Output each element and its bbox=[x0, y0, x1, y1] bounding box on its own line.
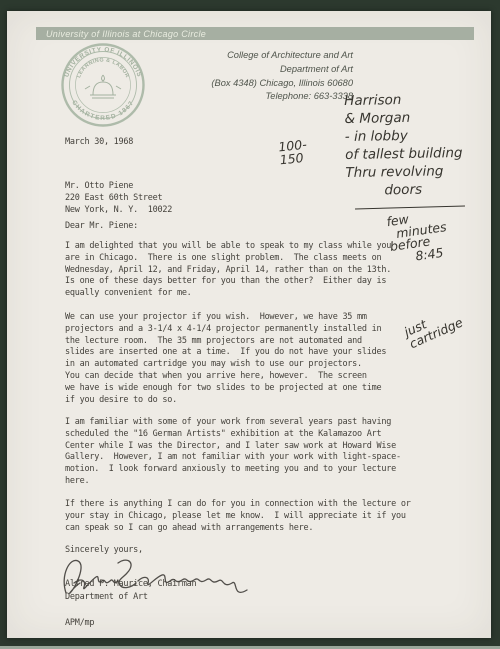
letterhead-address: College of Architecture and Art Departme… bbox=[172, 49, 353, 104]
body-paragraph-4: If there is anything I can do for you in… bbox=[65, 499, 411, 534]
seal-emblem-icon bbox=[85, 75, 121, 98]
annotation-cartridge-note: just cartridge bbox=[402, 304, 464, 351]
date-line: March 30, 1968 bbox=[65, 137, 133, 149]
annotation-underline bbox=[355, 206, 465, 210]
recipient-address: Mr. Otto Piene 220 East 60th Street New … bbox=[65, 181, 172, 216]
signer-department: Department of Art bbox=[65, 592, 148, 604]
typist-initials: APM/mp bbox=[65, 618, 94, 630]
letterhead-phone: Telephone: 663-3338 bbox=[172, 90, 353, 104]
annotation-time-note: few minutes before 8:45 bbox=[386, 208, 451, 266]
letterhead-banner: University of Illinois at Chicago Circle bbox=[36, 27, 474, 40]
signer-name: Alfred P. Maurice, Chairman bbox=[65, 579, 196, 591]
body-paragraph-1: I am delighted that you will be able to … bbox=[65, 241, 391, 300]
letterhead-street: (Box 4348) Chicago, Illinois 60680 bbox=[172, 77, 353, 91]
letterhead-department: Department of Art bbox=[172, 63, 353, 77]
letterhead-college: College of Architecture and Art bbox=[172, 49, 353, 63]
annotation-audience-size: 100- 150 bbox=[278, 138, 309, 167]
scanned-letter-photo: University of Illinois at Chicago Circle… bbox=[0, 0, 500, 649]
salutation: Dear Mr. Piene: bbox=[65, 221, 138, 233]
university-seal: UNIVERSITY OF ILLINOIS CHARTERED 1867 LE… bbox=[59, 41, 147, 129]
body-paragraph-3: I am familiar with some of your work fro… bbox=[65, 417, 401, 488]
body-paragraph-2: We can use your projector if you wish. H… bbox=[65, 312, 386, 406]
letter-page: University of Illinois at Chicago Circle… bbox=[7, 11, 491, 638]
annotation-meeting-note: Harrison & Morgan - in lobby of tallest … bbox=[344, 90, 463, 200]
banner-title: University of Illinois at Chicago Circle bbox=[36, 29, 206, 39]
